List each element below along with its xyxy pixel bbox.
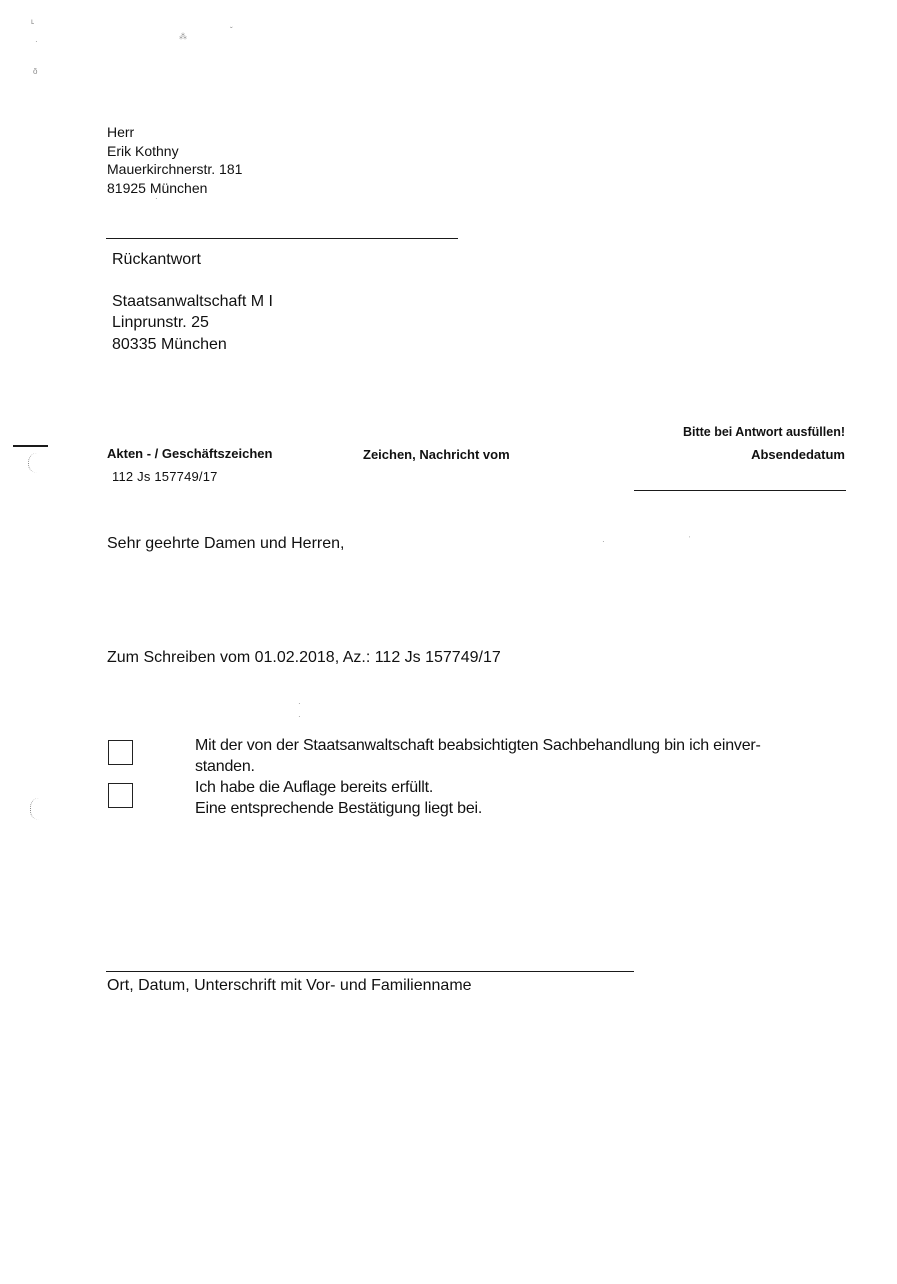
punch-hole-mark [30, 798, 39, 820]
signature-label: Ort, Datum, Unterschrift mit Vor- und Fa… [107, 977, 472, 995]
scan-speck: ˈ [688, 536, 691, 544]
option-fulfilled-checkbox[interactable] [108, 783, 133, 808]
scan-speck: ŏ [33, 68, 37, 76]
option-agree-checkbox[interactable] [108, 740, 133, 765]
option-fulfilled-line: Ich habe die Auflage bereits erfüllt. [195, 777, 482, 798]
return-address-line: Staatsanwaltschaft M I [112, 291, 273, 313]
scan-speck: · [298, 700, 301, 708]
recipient-street: Mauerkirchnerstr. 181 [107, 160, 242, 179]
scan-speck: · [298, 713, 301, 721]
return-reply-block: Rückantwort Staatsanwaltschaft M I Linpr… [112, 249, 273, 355]
option-agree-text: Mit der von der Staatsanwaltschaft beabs… [195, 735, 761, 777]
signature-field[interactable] [106, 950, 634, 970]
return-address-line: 80335 München [112, 334, 273, 356]
punch-hole-mark [28, 453, 37, 473]
recipient-city: 81925 München [107, 179, 242, 198]
scan-speck: ˇ [230, 27, 233, 35]
greeting: Sehr geehrte Damen und Herren, [107, 535, 344, 553]
option-fulfilled-line: Eine entsprechende Bestätigung liegt bei… [195, 798, 482, 819]
fold-mark [13, 445, 48, 447]
return-title: Rückantwort [112, 249, 273, 271]
option-agree-line: Mit der von der Staatsanwaltschaft beabs… [195, 735, 761, 756]
file-reference-label: Akten - / Geschäftszeichen [107, 446, 272, 461]
return-address-line: Linprunstr. 25 [112, 312, 273, 334]
scan-speck: · [602, 538, 605, 546]
signature-line [106, 971, 634, 972]
fill-in-note: Bitte bei Antwort ausfüllen! [683, 425, 845, 439]
scan-speck: ⁂ [179, 33, 187, 41]
file-reference-value: 112 Js 157749/17 [112, 469, 218, 484]
scan-speck: ʟ [31, 18, 34, 26]
recipient-address: Herr Erik Kothny Mauerkirchnerstr. 181 8… [107, 123, 242, 197]
recipient-name: Erik Kothny [107, 142, 242, 161]
send-date-label: Absendedatum [751, 447, 845, 462]
option-agree-line: standen. [195, 756, 761, 777]
address-separator [106, 238, 458, 239]
subject-line: Zum Schreiben vom 01.02.2018, Az.: 112 J… [107, 649, 501, 667]
send-date-line [634, 490, 846, 491]
recipient-salutation: Herr [107, 123, 242, 142]
message-reference-label: Zeichen, Nachricht vom [363, 447, 510, 462]
send-date-field[interactable] [634, 472, 846, 490]
option-fulfilled-text: Ich habe die Auflage bereits erfüllt. Ei… [195, 777, 482, 819]
scan-speck: · [35, 38, 38, 46]
